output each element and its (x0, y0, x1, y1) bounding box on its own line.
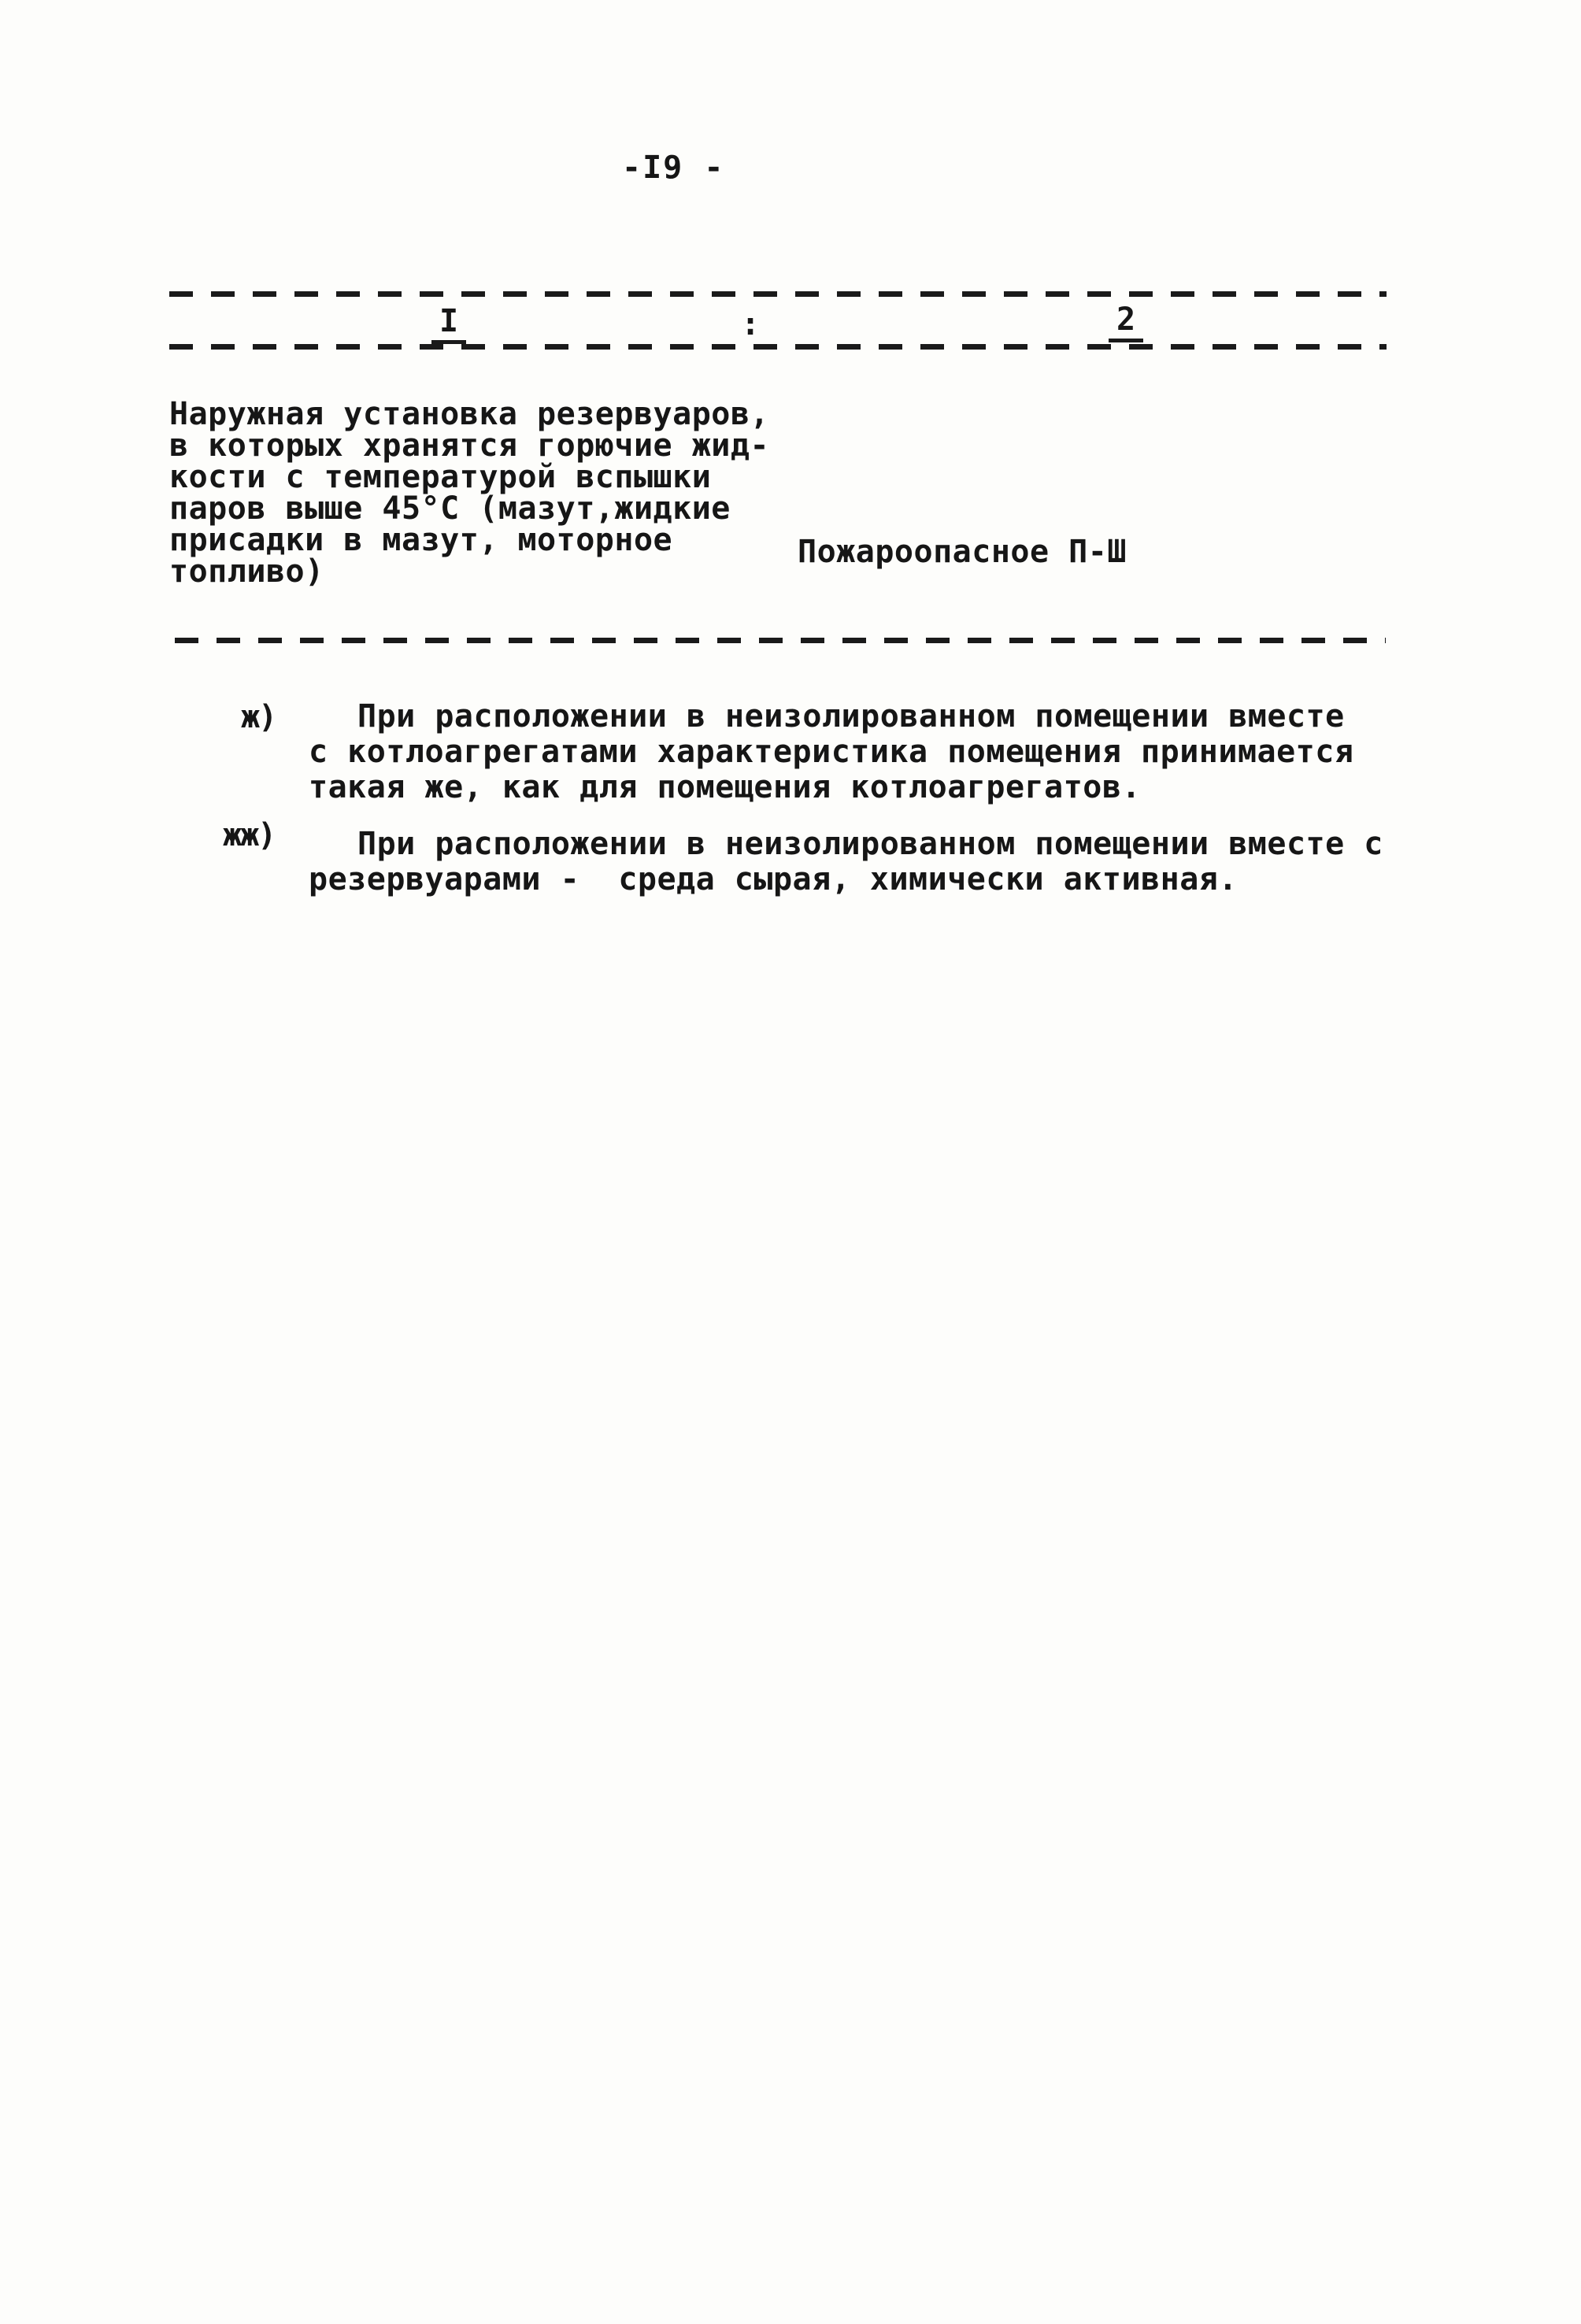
footnote-1-text: При расположении в неизолированном помещ… (309, 699, 1411, 805)
table-cell-hazard-classification: Пожароопасное П-Ш (798, 534, 1127, 570)
footnote-2-text: При расположении в неизолированном помещ… (309, 827, 1411, 897)
table-top-rule (169, 291, 1387, 297)
table-bottom-rule (175, 638, 1386, 643)
table-column-header-2: 2 (1109, 304, 1143, 342)
document-page: -I9 - I : 2 Наружная установка резервуар… (0, 0, 1581, 2324)
table-column-header-1: I (431, 305, 466, 344)
footnote-2-marker: жж) (223, 817, 275, 853)
table-cell-installation-description: Наружная установка резервуаров, в которы… (169, 398, 769, 587)
table-header-rule (169, 344, 1387, 350)
table-column-separator: : (741, 309, 760, 340)
footnote-1-marker: ж) (241, 699, 276, 735)
page-number: -I9 - (622, 150, 724, 186)
